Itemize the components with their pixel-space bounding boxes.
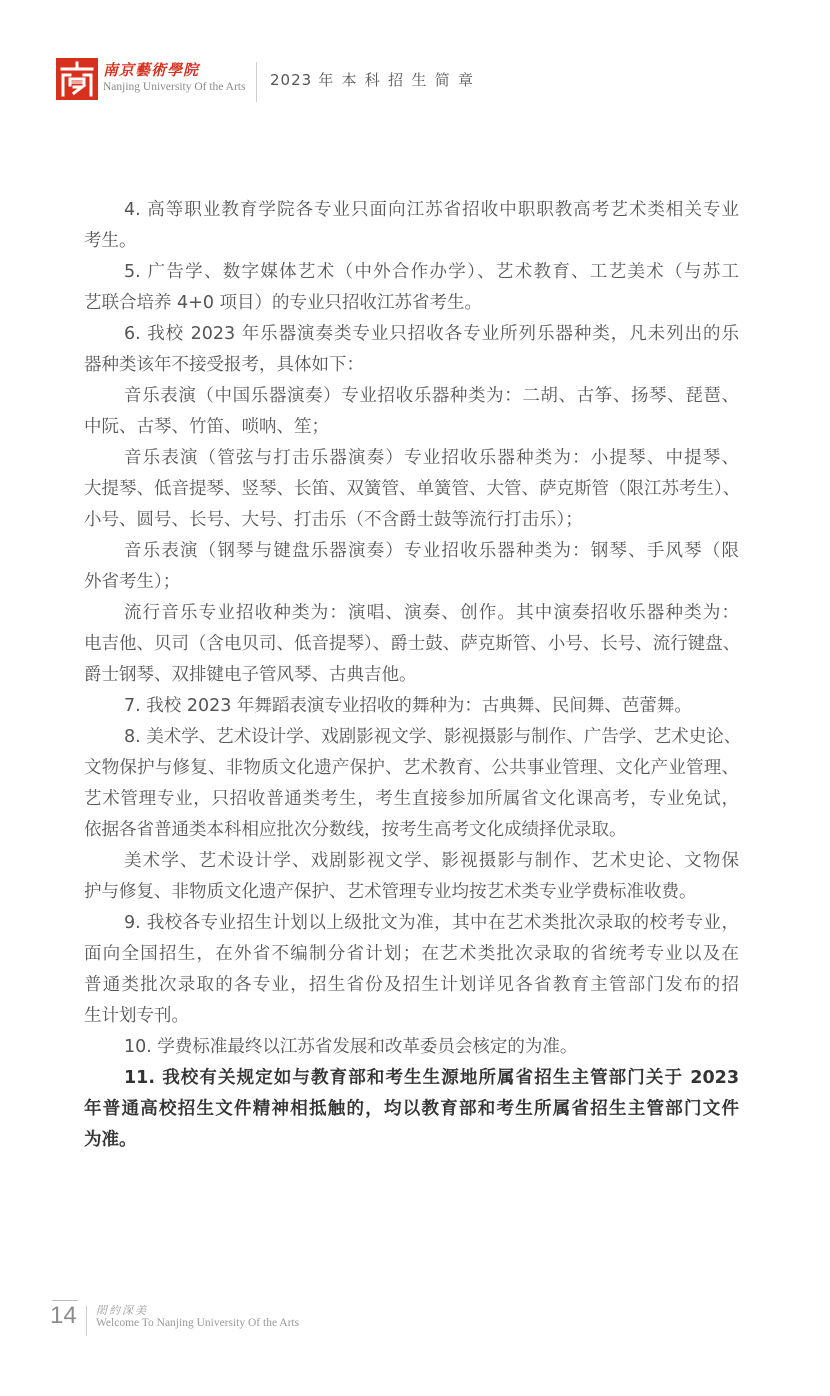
document-title-text: 年本科招生简章: [318, 71, 481, 89]
text-line: 器种类该年不接受报考，具体如下：: [84, 350, 739, 381]
text-line: 音乐表演（中国乐器演奏）专业招收乐器种类为：二胡、古筝、扬琴、琵琶、: [84, 381, 739, 412]
page-number: 14: [50, 1302, 77, 1330]
university-name-en: Nanjing University Of the Arts: [103, 81, 245, 93]
text-line: 爵士钢琴、双排键电子管风琴、古典吉他。: [84, 660, 739, 691]
text-line: 11. 我校有关规定如与教育部和考生生源地所属省招生主管部门关于 2023: [84, 1063, 739, 1094]
text-line: 美术学、艺术设计学、戏剧影视文学、影视摄影与制作、艺术史论、文物保: [84, 846, 739, 877]
footer-slogan-cn: 閎約深美: [96, 1302, 148, 1318]
text-line: 依据各省普通类本科相应批次分数线，按考生高考文化成绩择优录取。: [84, 815, 739, 846]
text-line: 电吉他、贝司（含电贝司、低音提琴）、爵士鼓、萨克斯管、小号、长号、流行键盘、: [84, 629, 739, 660]
document-title: 2023年本科招生简章: [270, 69, 481, 90]
text-line: 4. 高等职业教育学院各专业只面向江苏省招收中职职教高考艺术类相关专业: [84, 195, 739, 226]
text-line: 6. 我校 2023 年乐器演奏类专业只招收各专业所列乐器种类，凡未列出的乐: [84, 319, 739, 350]
text-line: 生计划专刊。: [84, 1001, 739, 1032]
text-line: 外省考生）；: [84, 567, 739, 598]
text-line: 10. 学费标准最终以江苏省发展和改革委员会核定的为准。: [84, 1032, 739, 1063]
text-line: 音乐表演（管弦与打击乐器演奏）专业招收乐器种类为：小提琴、中提琴、: [84, 443, 739, 474]
page-number-rule: [52, 1300, 78, 1301]
university-name-cn: 南京藝術學院: [103, 59, 199, 80]
text-line: 艺术管理专业，只招收普通类考生，考生直接参加所属省文化课高考，专业免试，: [84, 784, 739, 815]
text-line: 中阮、古琴、竹笛、唢呐、笙；: [84, 412, 739, 443]
body-text: 4. 高等职业教育学院各专业只面向江苏省招收中职职教高考艺术类相关专业考生。5.…: [84, 195, 739, 1156]
text-line: 文物保护与修复、非物质文化遗产保护、艺术教育、公共事业管理、文化产业管理、: [84, 753, 739, 784]
text-line: 5. 广告学、数字媒体艺术（中外合作办学）、艺术教育、工艺美术（与苏工: [84, 257, 739, 288]
text-line: 为准。: [84, 1125, 739, 1156]
text-line: 护与修复、非物质文化遗产保护、艺术管理专业均按艺术类专业学费标准收费。: [84, 877, 739, 908]
text-line: 大提琴、低音提琴、竖琴、长笛、双簧管、单簧管、大管、萨克斯管（限江苏考生）、: [84, 474, 739, 505]
text-line: 7. 我校 2023 年舞蹈表演专业招收的舞种为：古典舞、民间舞、芭蕾舞。: [84, 691, 739, 722]
footer-slogan-en: Welcome To Nanjing University Of the Art…: [96, 1317, 299, 1329]
text-line: 面向全国招生，在外省不编制分省计划；在艺术类批次录取的省统考专业以及在: [84, 939, 739, 970]
text-line: 8. 美术学、艺术设计学、戏剧影视文学、影视摄影与制作、广告学、艺术史论、: [84, 722, 739, 753]
text-line: 9. 我校各专业招生计划以上级批文为准，其中在艺术类批次录取的校考专业，: [84, 908, 739, 939]
text-line: 年普通高校招生文件精神相抵触的，均以教育部和考生所属省招生主管部门文件: [84, 1094, 739, 1125]
text-line: 普通类批次录取的各专业，招生省份及招生计划详见各省教育主管部门发布的招: [84, 970, 739, 1001]
text-line: 音乐表演（钢琴与键盘乐器演奏）专业招收乐器种类为：钢琴、手风琴（限: [84, 536, 739, 567]
university-logo-icon: [56, 58, 98, 100]
header-divider: [256, 62, 257, 102]
text-line: 流行音乐专业招收种类为：演唱、演奏、创作。其中演奏招收乐器种类为：: [84, 598, 739, 629]
text-line: 考生。: [84, 226, 739, 257]
document-title-year: 2023: [270, 71, 312, 89]
text-line: 小号、圆号、长号、大号、打击乐（不含爵士鼓等流行打击乐）；: [84, 505, 739, 536]
text-line: 艺联合培养 4+0 项目）的专业只招收江苏省考生。: [84, 288, 739, 319]
footer-divider: [86, 1306, 87, 1336]
